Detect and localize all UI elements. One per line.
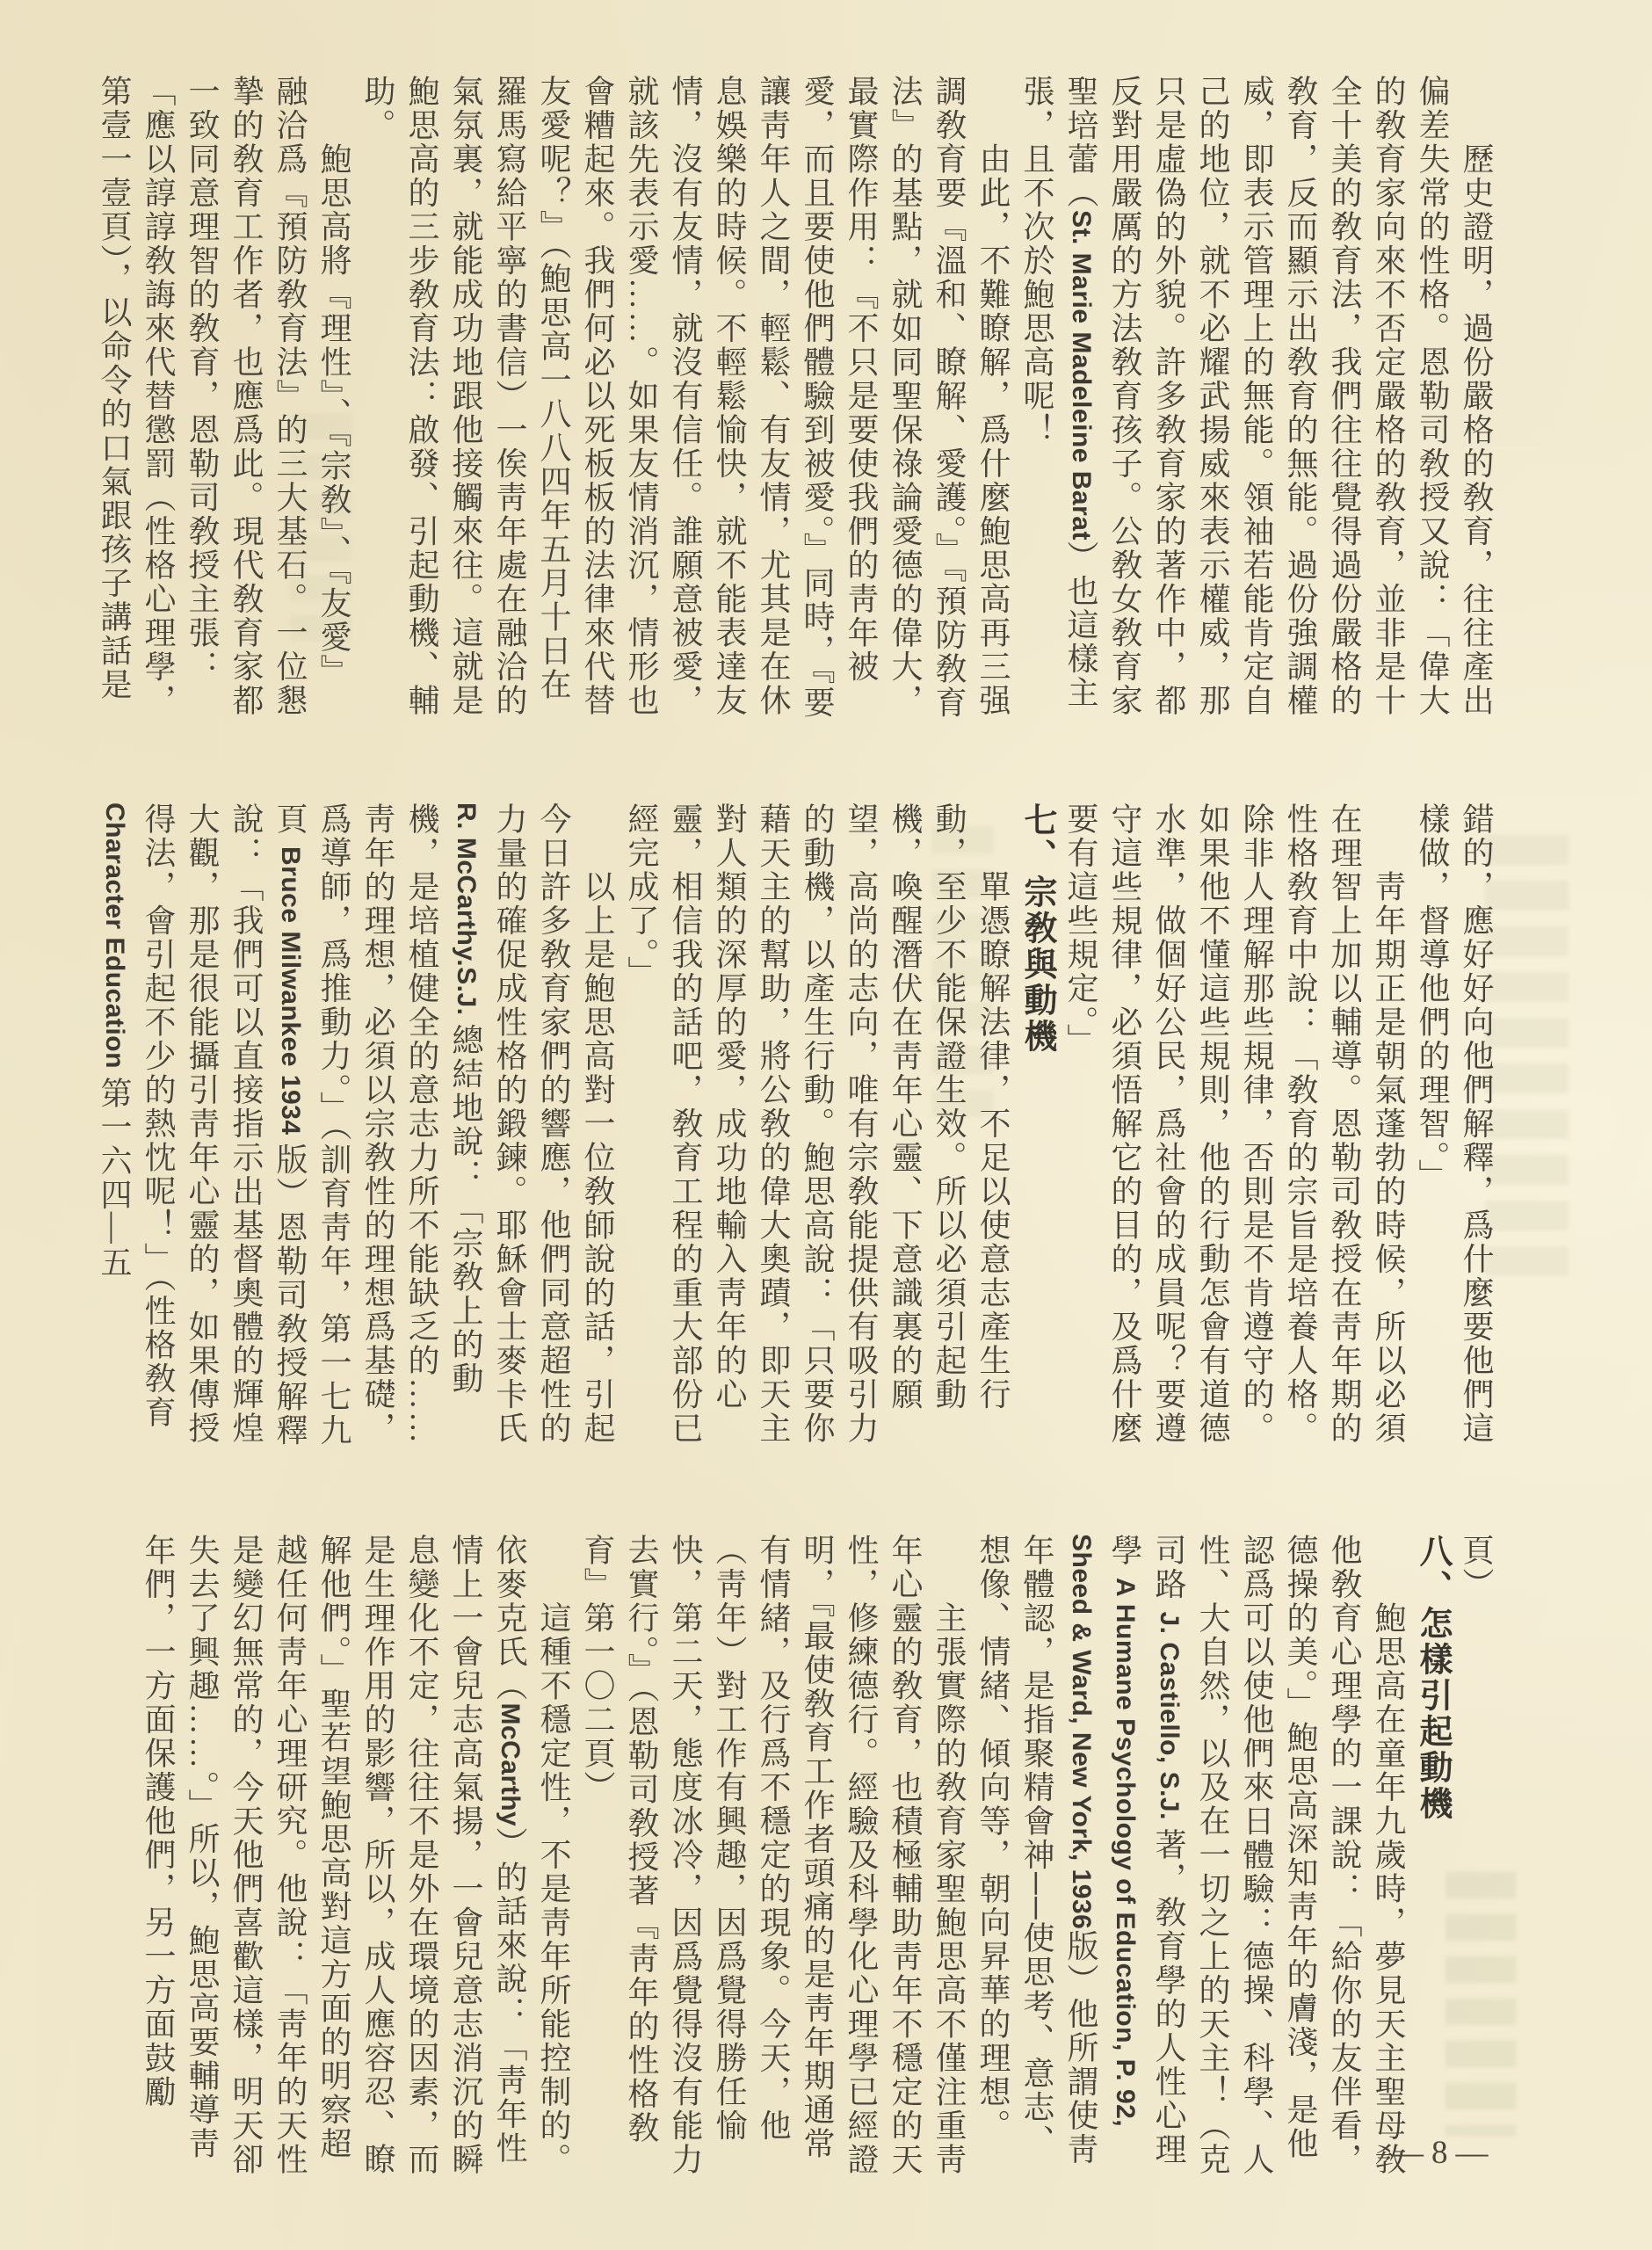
paragraph: 錯的，應好好向他們解釋，爲什麼要他們這樣做，督導他們的理智。」: [1410, 802, 1498, 1449]
latin-citation-text: J. Castiello, S.J.: [1155, 1612, 1184, 1828]
text-band-1: 歷史證明，過份嚴格的敎育，往往產出偏差失常的性格。恩勒司敎授又說：「偉大的敎育家…: [76, 75, 1498, 722]
paragraph: 鮑思高將『理性』、『宗敎』、『友愛』融洽爲『預防敎育法』的三大基石。一位懇摯的敎…: [92, 75, 356, 722]
text-band-3: 頁）八、怎樣引起動機鮑思高在童年九歲時，夢見天主聖母敎他敎育心理學的一課說：「給…: [76, 1534, 1498, 2181]
paragraph: 靑年期正是朝氣蓬勃的時候，所以必須在理智上加以輔導。恩勒司敎授在靑年期的性格敎育…: [1059, 802, 1410, 1449]
latin-citation-text: R. McCarthy.S.J.: [452, 802, 481, 1023]
paragraph: 以上是鮑思高對一位敎師說的話，引起今日許多敎育家們的響應，他們同意超性的力量的確…: [92, 802, 619, 1449]
paragraph: 歷史證明，過份嚴格的敎育，往往產出偏差失常的性格。恩勒司敎授又說：「偉大的敎育家…: [1015, 75, 1498, 722]
section-heading: 七、宗敎與動機: [1015, 802, 1059, 1449]
latin-citation-text: St. Marie Madeleine Barat: [1067, 210, 1096, 541]
latin-citation-text: Character Education: [100, 802, 129, 1077]
latin-citation-text: McCarthy: [496, 1703, 525, 1827]
text-columns: 歷史證明，過份嚴格的敎育，往往產出偏差失常的性格。恩勒司敎授又說：「偉大的敎育家…: [0, 0, 1652, 2250]
paragraph: 單憑瞭解法律，不足以使意志產生行動，至少不能保證生效。所以必須引起動機，喚醒潛伏…: [619, 802, 1015, 1449]
paragraph: 鮑思高在童年九歲時，夢見天主聖母敎他敎育心理學的一課說：「給你的友伴看，德操的美…: [971, 1534, 1410, 2181]
page-number: —8—: [1391, 2134, 1496, 2172]
latin-citation-text: A Humane Psychology of Education, P. 92,…: [1067, 1534, 1140, 2127]
section-heading: 八、怎樣引起動機: [1410, 1534, 1454, 2181]
paragraph: 由此，不難瞭解，爲什麼鮑思高再三强調敎育要『溫和、瞭解、愛護。』『預防敎育法』的…: [356, 75, 1015, 722]
text-band-2: 錯的，應好好向他們解釋，爲什麼要他們這樣做，督導他們的理智。」靑年期正是朝氣蓬勃…: [76, 802, 1498, 1449]
paragraph: 頁）: [1454, 1534, 1498, 2181]
paragraph: 主張實際的敎育家聖鮑思高不僅注重靑年心靈的敎育，也積極輔助靑年不穩定的天性，修練…: [576, 1534, 971, 2181]
scanned-book-page: 歷史證明，過份嚴格的敎育，往往產出偏差失常的性格。恩勒司敎授又說：「偉大的敎育家…: [0, 0, 1652, 2250]
latin-citation-text: Bruce Milwankee 1934: [276, 846, 305, 1143]
paragraph: 這種不穩定性，不是靑年所能控制的。依麥克氏（McCarthy）的話來說：「靑年性…: [136, 1534, 576, 2181]
